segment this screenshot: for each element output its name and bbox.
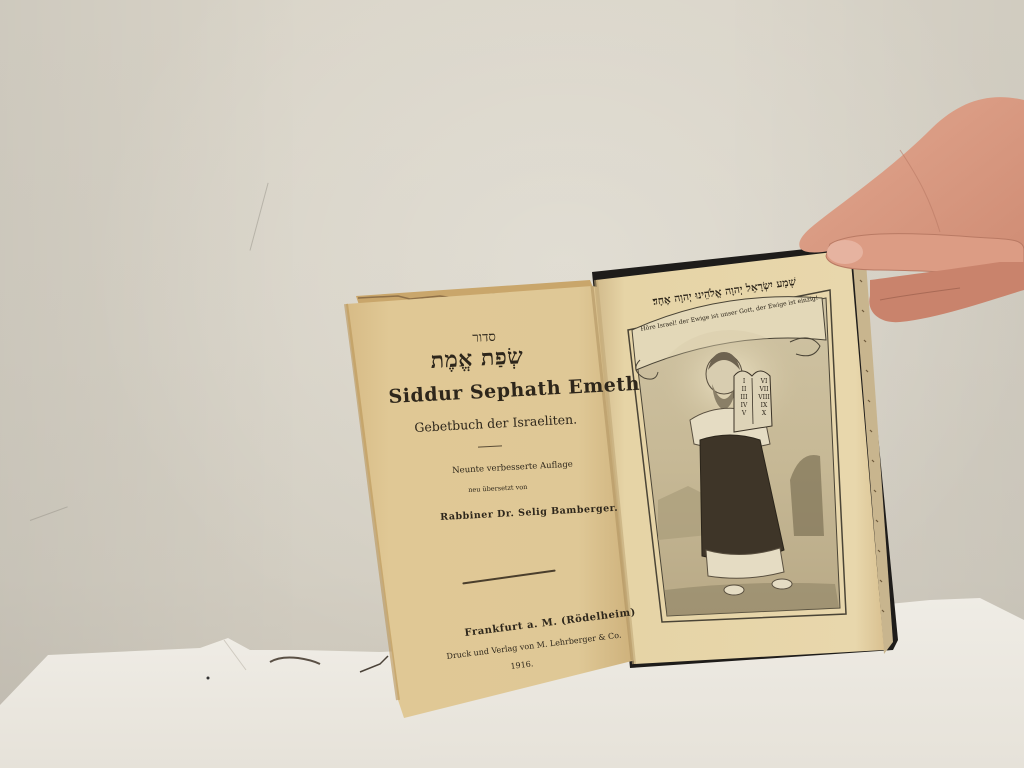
photo-scene: סדור שְׂפַת אֱמֶת Siddur Sephath Emeth G… — [0, 0, 1024, 768]
hand — [0, 0, 1024, 768]
